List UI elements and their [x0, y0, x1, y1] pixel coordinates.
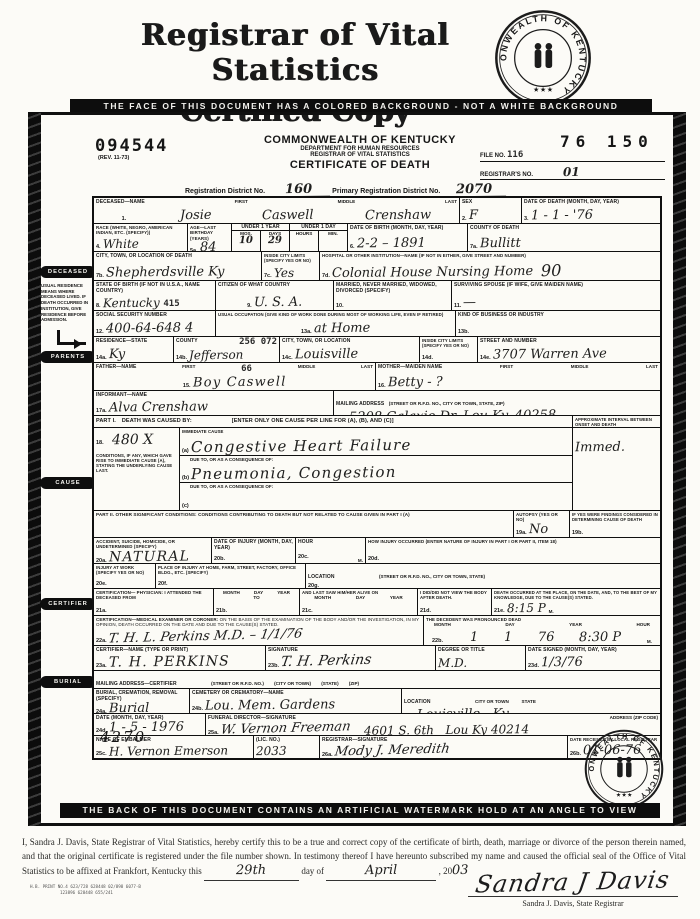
field-occupation: USUAL OCCUPATION (GIVE KIND OF WORK DONE… [216, 311, 456, 336]
field-pronounced-dead: THE DECEDENT WAS PRONOUNCED DEAD MONTH D… [424, 616, 660, 645]
how-injury-label: HOW INJURY OCCURRED (ENTER NATURE OF INJ… [368, 539, 658, 544]
row-manner-of-death: ACCIDENT, SUICIDE, HOMICIDE, OR UNDETERM… [94, 538, 660, 564]
hospital-stamp: 90 [541, 263, 562, 279]
kentucky-seal-bottom: COMMONWEALTH OF KENTUCKY ★ ★ ★ [583, 728, 665, 810]
saw-year-label: YEAR [390, 595, 403, 600]
res-state-num: 14a. [96, 355, 107, 361]
num-21b: 21b. [216, 608, 227, 614]
first-label: FIRST [235, 199, 248, 205]
bureau-title: REGISTRAR OF VITAL STATISTICS [230, 152, 490, 158]
hospital-num: 7d. [322, 273, 330, 279]
race-num: 4. [96, 244, 101, 250]
father-value: Boy Caswell [192, 376, 286, 390]
field-death-city-limits: INSIDE CITY LIMITS (SPECIFY YES OR NO) 7… [262, 252, 320, 280]
row-name: DECEASED—NAME FIRST MIDDLE LAST 1. Josie… [94, 198, 660, 224]
field-under-1-year: UNDER 1 YEAR MOS. 10 DAYS 29 [232, 224, 290, 251]
county-death-value: Bullitt [480, 237, 521, 250]
cause-code-stamp: 480 X [112, 433, 153, 447]
part1-title: PART I. [96, 418, 116, 425]
mos-col: MOS. 10 [232, 231, 260, 251]
middle-label: MIDDLE [338, 199, 356, 205]
informant-num: 17a. [96, 408, 107, 414]
part1-header: PART I. DEATH WAS CAUSED BY: [ENTER ONLY… [94, 416, 660, 428]
manner-value: NATURAL [109, 549, 190, 563]
certifier-mailing-label: MAILING ADDRESS—CERTIFIER [96, 681, 177, 687]
ssn-value: 400-64-648 4 [106, 322, 193, 336]
father-label: FATHER—NAME [96, 364, 136, 374]
field-residence-city: CITY, TOWN, OR LOCATION 14c. Louisville [280, 337, 420, 362]
mos-value: 10 [239, 236, 253, 246]
tab-burial: BURIAL [40, 676, 96, 688]
row-ssn-occupation: SOCIAL SECURITY NUMBER 12. 400-64-648 4 … [94, 311, 660, 337]
fine-print: H.B. PRINT NO.4 623/728 628448 02/898 60… [30, 884, 141, 897]
field-residence-limits: INSIDE CITY LIMITS (SPECIFY YES OR NO) 1… [420, 337, 478, 362]
mother-value: Betty - ? [388, 376, 443, 390]
spouse-num: 11. [454, 303, 461, 309]
race-label: RACE (WHITE, NEGRO, AMERICAN INDIAN, ETC… [96, 225, 185, 236]
seal-stars-bottom: ★ ★ ★ [616, 792, 632, 798]
state-registrar-signature-block: Sandra J Davis Sandra J. Davis, State Re… [468, 868, 678, 908]
hours-label: HOURS [290, 231, 318, 236]
stamp-150: 150 [607, 132, 654, 151]
occurred-label: DEATH OCCURRED AT THE PLACE, ON THE DATE… [494, 590, 658, 600]
document-number: 094544 [95, 136, 168, 156]
seal-stars: ★ ★ ★ [534, 86, 554, 93]
field-city-of-death: CITY, TOWN, OR LOCATION OF DEATH 7b. She… [94, 252, 262, 280]
director-address-value: 4601 S. 6th Lou Ky 40214 [364, 723, 529, 735]
how-injury-num: 20d. [368, 556, 379, 562]
file-no-label: FILE NO. [480, 153, 505, 159]
director-num: 25a. [208, 730, 219, 735]
certifier-signature-value: T. H. Perkins [280, 652, 373, 670]
date-signed-label: DATE SIGNED (MONTH, DAY, YEAR) [528, 647, 658, 653]
age-label: AGE—LAST BIRTHDAY (YEARS) [190, 225, 229, 241]
me-head: CERTIFICATION—MEDICAL EXAMINER OR CORONE… [96, 617, 218, 622]
row-certification-me: CERTIFICATION—MEDICAL EXAMINER OR CORONE… [94, 616, 660, 646]
day-value: 29th [236, 864, 266, 877]
state-birth-label: STATE OF BIRTH (IF NOT IN U.S.A., NAME C… [96, 282, 213, 294]
row-place-of-death: CITY, TOWN, OR LOCATION OF DEATH 7b. She… [94, 252, 660, 281]
field-date-of-birth: DATE OF BIRTH (MONTH, DAY, YEAR) 6. 2-2 … [348, 224, 468, 251]
year-prefix: , 20 [439, 866, 453, 876]
degree-value: M.D. [438, 657, 467, 669]
dob-value: 2-2 – 1891 [357, 237, 426, 251]
injury-location-num: 20g. [308, 583, 319, 588]
part1-body: 18. 480 X CONDITIONS, IF ANY, WHICH GAVE… [94, 428, 660, 511]
cause-b-value: Pneumonia, Congestion [191, 465, 397, 482]
informant-mailing-sub: (STREET OR R.F.D. NO., CITY OR TOWN, STA… [389, 401, 505, 406]
hospital-label: HOSPITAL OR OTHER INSTITUTION—NAME (IF N… [322, 253, 658, 258]
dod-value: 1 - 1 - '76 [531, 209, 593, 223]
field-residence-state: RESIDENCE—STATE 14a. Ky [94, 337, 174, 362]
row-certification-physician: CERTIFICATION— PHYSICIAN: I ATTENDED THE… [94, 589, 660, 616]
row-burial-1: BURIAL, CREMATION, REMOVAL (SPECIFY) 24a… [94, 689, 660, 714]
father-num: 15. [183, 383, 191, 389]
interval-a-value: Immed. [575, 441, 625, 455]
view-body-label: I DID/DID NOT VIEW THE BODY AFTER DEATH. [420, 590, 489, 600]
tab-cause: CAUSE [40, 477, 96, 489]
num-22b: 22b. [432, 638, 443, 644]
stamp-76: 76 [560, 132, 591, 151]
hours-col: HOURS [290, 231, 318, 251]
num-21d: 21d. [420, 608, 431, 614]
dod-label: DATE OF DEATH (MONTH, DAY, YEAR) [524, 199, 658, 205]
ssn-num: 12. [96, 329, 104, 335]
burial-location-sub: CITY OR TOWN STATE [475, 699, 536, 704]
street-value: 3707 Warren Ave [493, 347, 607, 361]
part2-row: PART II. OTHER SIGNIFICANT CONDITIONS: C… [94, 511, 660, 538]
res-city-value: Louisville [295, 348, 358, 362]
res-city-num: 14c. [282, 355, 293, 361]
findings-label: IF YES WERE FINDINGS CONSIDERED IN DETER… [572, 512, 658, 522]
registrars-no-value: 01 [563, 166, 580, 178]
death-certificate-scan: Registrar of Vital Statistics Certified … [0, 0, 700, 919]
field-cemetery: CEMETERY OR CREMATORY—NAME 24b. Lou. Mem… [190, 689, 402, 713]
conditions-label: CONDITIONS, IF ANY, WHICH GAVE RISE TO I… [96, 453, 177, 474]
field-industry: KIND OF BUSINESS OR INDUSTRY 13b. [456, 311, 660, 336]
usual-residence-note: USUAL RESIDENCE MEANS WHERE DECEASED LIV… [41, 283, 93, 323]
res-city-label: CITY, TOWN, OR LOCATION [282, 338, 417, 344]
field-part2-conditions: PART II. OTHER SIGNIFICANT CONDITIONS: C… [94, 511, 514, 537]
mother-first-label: FIRST [500, 364, 513, 370]
field-autopsy-findings: IF YES WERE FINDINGS CONSIDERED IN DETER… [570, 511, 660, 537]
field-informant-mailing: MAILING ADDRESS (STREET OR R.F.D. NO., C… [334, 391, 660, 415]
county-death-num: 7a. [470, 244, 478, 250]
phys-head: CERTIFICATION— PHYSICIAN: [96, 590, 163, 595]
res-state-value: Ky [109, 348, 125, 361]
field-county-of-death: COUNTY OF DEATH 7a. Bullitt [468, 224, 660, 251]
field-injury-date: DATE OF INJURY (MONTH, DAY, YEAR) 20b. [212, 538, 296, 563]
burial-type-num: 24a. [96, 709, 107, 713]
city-death-num: 7b. [96, 273, 104, 279]
interval-label: APPROXIMATE INTERVAL BETWEEN ONSET AND D… [575, 417, 658, 427]
field-date-of-death: DATE OF DEATH (MONTH, DAY, YEAR) 3. 1 - … [522, 198, 660, 223]
back-banner: THE BACK OF THIS DOCUMENT CONTAINS AN AR… [60, 803, 660, 818]
year-value: 03 [452, 864, 469, 877]
part1-side: 18. 480 X CONDITIONS, IF ANY, WHICH GAVE… [94, 428, 180, 510]
pron-month-value: 1 [470, 631, 478, 644]
tab-parents: PARENTS [40, 351, 96, 363]
row-injury-place: INJURY AT WORK (SPECIFY YES OR NO) 20e. … [94, 564, 660, 589]
file-no-value: 116 [507, 150, 523, 160]
num-21e: 21e. [494, 608, 505, 614]
hospital-value: Colonial House Nursing Home [332, 265, 533, 280]
field-father-name: FATHER—NAME FIRST 66 MIDDLE LAST 15. Boy… [94, 363, 376, 390]
name-num: 1. [122, 216, 127, 222]
field-injury-location: LOCATION (STREET OR R.F.D. NO., CITY OR … [306, 564, 660, 588]
state-birth-value: Kentucky [103, 297, 160, 310]
field-citizen: CITIZEN OF WHAT COUNTRY 9. U. S. A. [216, 281, 334, 310]
field-residence-county: COUNTY 256 072 14b. Jefferson [174, 337, 280, 362]
certifier-mailing-sub: (STREET OR R.F.D. NO.) (CITY OR TOWN) (S… [211, 681, 359, 686]
hour-21e-value: 8:15 P [507, 602, 546, 614]
res-county-value: Jefferson [189, 349, 243, 362]
lic-value: 2033 [256, 745, 287, 757]
date-signed-value: 1/3/76 [541, 656, 583, 669]
occupation-num: 13a. [301, 329, 312, 335]
certifier-name-label: CERTIFIER—NAME (TYPE OR PRINT) [96, 647, 263, 653]
sex-value: F [469, 209, 478, 222]
field-manner: ACCIDENT, SUICIDE, HOMICIDE, OR UNDETERM… [94, 538, 212, 563]
burial-location-value: Louisville Ky [417, 708, 509, 713]
citizen-value: U. S. A. [254, 296, 302, 310]
field-place-of-injury: PLACE OF INJURY AT HOME, FARM, STREET, F… [156, 564, 306, 588]
field-sex: SEX 2. F [460, 198, 522, 223]
commonwealth-title: COMMONWEALTH OF KENTUCKY [230, 134, 490, 146]
field-view-body: I DID/DID NOT VIEW THE BODY AFTER DEATH.… [418, 589, 492, 615]
dob-label: DATE OF BIRTH (MONTH, DAY, YEAR) [350, 225, 465, 231]
industry-label: KIND OF BUSINESS OR INDUSTRY [458, 312, 658, 318]
father-last-label: LAST [361, 364, 373, 374]
field-registrar-signature: REGISTRAR—SIGNATURE 26a. Mody J. Meredit… [320, 736, 568, 758]
occupation-value: at Home [314, 322, 370, 336]
field-hospital: HOSPITAL OR OTHER INSTITUTION—NAME (IF N… [320, 252, 660, 280]
registrar-num: 26a. [322, 752, 333, 758]
field-deceased-name: DECEASED—NAME FIRST MIDDLE LAST 1. Josie… [94, 198, 460, 223]
pron-hour-m: M. [647, 639, 652, 644]
num-22a: 22a. [96, 638, 107, 644]
part1-num: 18. [96, 440, 104, 446]
res-limits-num: 14d. [422, 355, 433, 361]
registrars-no-label: REGISTRAR'S NO. [480, 172, 533, 178]
under1yr-label: UNDER 1 YEAR [232, 224, 289, 231]
cause-b-prefix: (b) [182, 475, 189, 481]
field-age: AGE—LAST BIRTHDAY (YEARS) 5a. 84 [188, 224, 232, 251]
num-21c: 21c. [302, 608, 313, 614]
file-number-block: FILE NO. 116 REGISTRAR'S NO. 01 [480, 150, 665, 184]
certificate-form: DECEASED—NAME FIRST MIDDLE LAST 1. Josie… [92, 196, 662, 760]
num-21a: 21a. [96, 608, 107, 614]
occupation-label: USUAL OCCUPATION (GIVE KIND OF WORK DONE… [218, 312, 453, 317]
field-attended-to: MONTH DAY YEAR TO 21b. [214, 589, 300, 615]
certifier-name-value: T. H. PERKINS [109, 654, 230, 669]
seal-figures-bottom [617, 757, 631, 778]
deceased-middle-value: Caswell [262, 209, 314, 223]
injury-hour-m: M. [358, 558, 363, 563]
field-certifier-name: CERTIFIER—NAME (TYPE OR PRINT) 23a. T. H… [94, 646, 266, 670]
pron-month-label: MONTH [434, 622, 451, 627]
certificate-header: COMMONWEALTH OF KENTUCKY DEPARTMENT FOR … [230, 134, 490, 171]
res-state-label: RESIDENCE—STATE [96, 338, 171, 344]
frame-left-edge [28, 112, 41, 826]
dob-num: 6. [350, 244, 355, 250]
findings-num: 19b. [572, 530, 583, 536]
spouse-value: — [463, 296, 476, 309]
field-informant: INFORMANT—NAME 17a. Alva Crenshaw [94, 391, 334, 415]
to-label: TO [216, 595, 297, 600]
under1day-label: UNDER 1 DAY [290, 224, 347, 231]
field-me-certification: CERTIFICATION—MEDICAL EXAMINER OR CORONE… [94, 616, 424, 645]
row-certifier-mailing: MAILING ADDRESS—CERTIFIER (STREET OR R.F… [94, 671, 660, 689]
limits-value: Yes [274, 267, 294, 279]
field-attended-from: CERTIFICATION— PHYSICIAN: I ATTENDED THE… [94, 589, 214, 615]
sex-label: SEX [462, 199, 519, 205]
field-death-occurred: DEATH OCCURRED AT THE PLACE, ON THE DATE… [492, 589, 660, 615]
mother-num: 16. [378, 383, 386, 389]
city-death-label: CITY, TOWN, OR LOCATION OF DEATH [96, 253, 259, 259]
received-num: 26b. [570, 751, 581, 757]
res-county-stamp: 256 072 [239, 337, 277, 347]
row-residence: RESIDENCE—STATE 14a. Ky COUNTY 256 072 1… [94, 337, 660, 363]
field-street: STREET AND NUMBER 14e. 3707 Warren Ave [478, 337, 660, 362]
kentucky-seal-top: COMMONWEALTH OF KENTUCKY ★ ★ ★ [493, 8, 593, 108]
deceased-last-value: Crenshaw [365, 209, 431, 223]
place-label: PLACE OF INJURY AT HOME, FARM, STREET, F… [158, 565, 303, 575]
pron-hour-value: 8:30 P [579, 631, 621, 644]
injury-date-label: DATE OF INJURY (MONTH, DAY, YEAR) [214, 539, 293, 551]
informant-value: Alva Crenshaw [109, 400, 208, 414]
tab-certifier: CERTIFIER [40, 598, 96, 610]
injury-hour-num: 20c. [298, 554, 309, 560]
document-revision: (REV. 11-73) [98, 155, 129, 161]
day-blank: 29th [204, 864, 299, 881]
state-birth-stamp: 415 [163, 299, 179, 309]
residence-arrow [57, 330, 86, 345]
pron-day-value: 1 [504, 631, 512, 644]
state-registrar-caption: Sandra J. Davis, State Registrar [468, 899, 678, 908]
part1-caused-by: DEATH WAS CAUSED BY: [122, 418, 192, 425]
tab-deceased: DECEASED [40, 266, 96, 278]
month-blank: April [326, 864, 436, 881]
reg-district-label: Registration District No. [185, 188, 265, 195]
informant-mailing-label: MAILING ADDRESS [336, 401, 384, 407]
mother-last-label: LAST [646, 364, 658, 370]
field-surviving-spouse: SURVIVING SPOUSE (IF WIFE, GIVE MAIDEN N… [452, 281, 660, 310]
burial-type-value: Burial [109, 702, 149, 713]
field-marital-status: MARRIED, NEVER MARRIED, WIDOWED, DIVORCE… [334, 281, 452, 310]
field-state-of-birth: STATE OF BIRTH (IF NOT IN U.S.A., NAME C… [94, 281, 216, 310]
sex-num: 2. [462, 216, 467, 222]
days-col: DAYS 29 [260, 231, 289, 251]
degree-label: DEGREE OR TITLE [438, 647, 523, 653]
hour-21e-m: M. [549, 609, 554, 614]
cause-a-prefix: (a) [182, 448, 189, 454]
pron-year-value: 76 [537, 631, 554, 644]
dod-num: 3. [524, 216, 529, 222]
file-stamp-numbers: 76 150 [560, 132, 654, 151]
row-parents: FATHER—NAME FIRST 66 MIDDLE LAST 15. Boy… [94, 363, 660, 391]
autopsy-num: 19a. [516, 530, 527, 536]
row-informant: INFORMANT—NAME 17a. Alva Crenshaw MAILIN… [94, 391, 660, 416]
days-value: 29 [268, 236, 282, 246]
informant-mailing-value: 5208 Galaxie Dr. Lou Ky. 40258 [349, 409, 556, 415]
certificate-title: CERTIFICATE OF DEATH [230, 159, 490, 171]
day-of-label: day of [301, 866, 324, 876]
last-label: LAST [445, 199, 457, 205]
part2-label: PART II. OTHER SIGNIFICANT CONDITIONS: C… [96, 512, 511, 518]
injury-location-label: LOCATION [308, 574, 335, 580]
field-last-saw-alive: AND LAST SAW HIM/HER ALIVE ON MONTH DAY … [300, 589, 418, 615]
pron-day-label: DAY [505, 622, 514, 627]
marital-num: 10. [336, 303, 344, 309]
min-label: MIN. [319, 231, 347, 236]
seal-figures [535, 43, 553, 68]
field-certifier-signature: SIGNATURE 23b. T. H. Perkins [266, 646, 436, 670]
field-license-number: (LIC. NO.) 2033 [254, 736, 320, 758]
cause-a-value: Congestive Heart Failure [191, 438, 412, 455]
field-certifier-mailing: MAILING ADDRESS—CERTIFIER (STREET OR R.F… [94, 671, 660, 688]
part1-note: [ENTER ONLY ONE CAUSE PER LINE FOR (a), … [232, 418, 394, 425]
place-num: 20f. [158, 581, 167, 587]
street-num: 14e. [480, 355, 491, 361]
limits-num: 7c. [264, 273, 272, 279]
month-value: April [365, 864, 397, 877]
ssn-label: SOCIAL SECURITY NUMBER [96, 312, 213, 318]
deceased-first-value: Josie [179, 209, 211, 222]
field-date-signed: DATE SIGNED (MONTH, DAY, YEAR) 23d. 1/3/… [526, 646, 660, 670]
min-col: MIN. [318, 231, 347, 251]
burial-location-label: LOCATION [404, 699, 431, 705]
cemetery-value: Lou. Mem. Gardens [205, 698, 335, 712]
race-value: White [103, 238, 139, 250]
masthead-line1: Registrar of Vital Statistics [105, 18, 485, 88]
mother-middle-label: MIDDLE [571, 364, 589, 370]
registrar-signature-value: Mody J. Meredith [333, 742, 450, 758]
fine-print-line2: 123896 628448 655/241 [30, 890, 141, 896]
county-death-label: COUNTY OF DEATH [470, 225, 658, 231]
cause-c-prefix: (c) [182, 503, 189, 509]
num-23b: 23b. [268, 663, 279, 669]
embalmer-value: H. Vernon Emerson [109, 744, 228, 757]
pron-year-label: YEAR [569, 622, 582, 627]
spouse-label: SURVIVING SPOUSE (IF WIFE, GIVE MAIDEN N… [454, 282, 658, 288]
mother-label: MOTHER—MAIDEN NAME [378, 364, 442, 370]
age-value: 84 [200, 241, 217, 251]
industry-num: 13b. [458, 329, 469, 335]
autopsy-value: No [529, 523, 548, 536]
row-certifier: CERTIFIER—NAME (TYPE OR PRINT) 23a. T. H… [94, 646, 660, 671]
injury-location-sub: (STREET OR R.F.D. NO., CITY OR TOWN, STA… [379, 574, 485, 579]
field-injury-at-work: INJURY AT WORK (SPECIFY YES OR NO) 20e. [94, 564, 156, 588]
row-burial-3: NAME OF EMBALMER 25c. H. Vernon Emerson … [94, 736, 660, 758]
cemetery-label: CEMETERY OR CREMATORY—NAME [192, 690, 399, 696]
field-ssn: SOCIAL SECURITY NUMBER 12. 400-64-648 4 [94, 311, 216, 336]
director-signature: W. Vernon Freeman [219, 719, 351, 735]
row-burial-2: DATE (MONTH, DAY, YEAR) 24d. 1 - 5 - 197… [94, 714, 660, 736]
num-23a: 23a. [96, 663, 107, 669]
lic-label: (LIC. NO.) [256, 737, 317, 743]
bottom-stamp-4270: 4270 [100, 728, 146, 746]
age-num: 5a. [190, 248, 198, 251]
at-work-label: INJURY AT WORK (SPECIFY YES OR NO) [96, 565, 153, 575]
father-first-label: FIRST [182, 364, 195, 374]
father-middle-label: MIDDLE [298, 364, 316, 374]
part1-causes: IMMEDIATE CAUSE (a) Congestive Heart Fai… [180, 428, 572, 510]
city-death-value: Shepherdsville Ky [106, 265, 225, 279]
deceased-name-label: DECEASED—NAME [96, 199, 145, 205]
state-registrar-signature: Sandra J Davis [474, 865, 672, 898]
frame-right-edge [673, 112, 686, 826]
field-burial-type: BURIAL, CREMATION, REMOVAL (SPECIFY) 24a… [94, 689, 190, 713]
injury-date-num: 20b. [214, 556, 225, 562]
cemetery-num: 24b. [192, 706, 203, 712]
row-race-age: RACE (WHITE, NEGRO, AMERICAN INDIAN, ETC… [94, 224, 660, 252]
field-injury-hour: HOUR 20c. M. [296, 538, 366, 563]
res-county-num: 14b. [176, 355, 187, 361]
at-work-num: 20e. [96, 581, 107, 587]
field-race: RACE (WHITE, NEGRO, AMERICAN INDIAN, ETC… [94, 224, 188, 251]
pron-hour-label: HOUR [636, 622, 650, 627]
father-stamp: 66 [241, 364, 252, 374]
primary-district-label: Primary Registration District No. [332, 188, 440, 195]
informant-label: INFORMANT—NAME [96, 392, 331, 398]
citizen-label: CITIZEN OF WHAT COUNTRY [218, 282, 331, 288]
street-label: STREET AND NUMBER [480, 338, 658, 344]
saw-month-label: MONTH [314, 595, 331, 600]
part1-intervals: Immed. [572, 428, 660, 510]
field-under-1-day: UNDER 1 DAY HOURS MIN. [290, 224, 348, 251]
saw-day-label: DAY [356, 595, 365, 600]
